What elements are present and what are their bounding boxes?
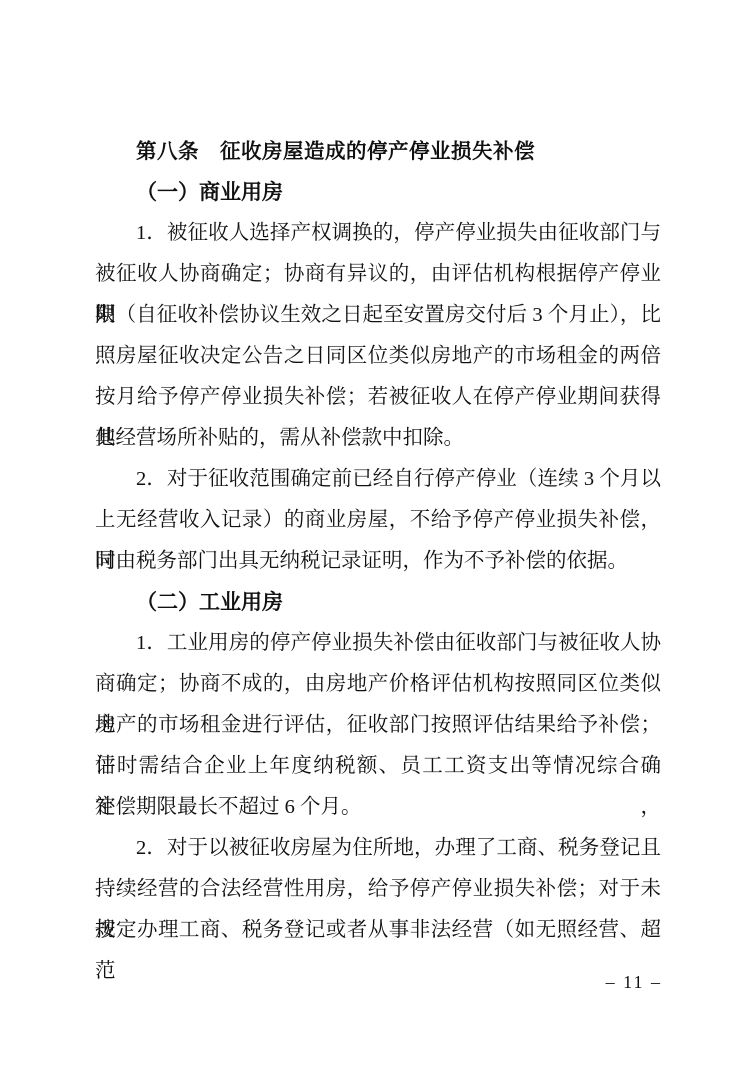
paragraph-line: 持续经营的合法经营性用房，给予停产停业损失补偿；对于未按 bbox=[95, 869, 661, 910]
paragraph-line: 他经营场所补贴的，需从补偿款中扣除。 bbox=[95, 418, 661, 459]
paragraph-line: 被征收人协商确定；协商有异议的，由评估机构根据停产停业期 bbox=[95, 254, 661, 295]
paragraph-line: 时由税务部门出具无纳税记录证明，作为不予补偿的依据。 bbox=[95, 541, 661, 582]
document-content: 第八条 征收房屋造成的停产停业损失补偿 （一）商业用房 1．被征收人选择产权调换… bbox=[95, 131, 661, 951]
section-2-title: （二）工业用房 bbox=[95, 582, 661, 623]
paragraph-line: 估时需结合企业上年度纳税额、员工工资支出等情况综合确定， bbox=[95, 746, 661, 787]
paragraph-line: 1．被征收人选择产权调换的，停产停业损失由征收部门与 bbox=[95, 213, 661, 254]
paragraph-line: 上无经营收入记录）的商业房屋，不给予停产停业损失补偿，同 bbox=[95, 500, 661, 541]
paragraph-line: 照房屋征收决定公告之日同区位类似房地产的市场租金的两倍 bbox=[95, 336, 661, 377]
paragraph-line: 商确定；协商不成的，由房地产价格评估机构按照同区位类似房 bbox=[95, 664, 661, 705]
page-number: – 11 – bbox=[606, 970, 662, 994]
paragraph-line: 按月给予停产停业损失补偿；若被征收人在停产停业期间获得其 bbox=[95, 377, 661, 418]
document-page: 第八条 征收房屋造成的停产停业损失补偿 （一）商业用房 1．被征收人选择产权调换… bbox=[0, 0, 753, 1066]
paragraph-line: 2．对于征收范围确定前已经自行停产停业（连续 3 个月以 bbox=[95, 459, 661, 500]
section-1-title: （一）商业用房 bbox=[95, 172, 661, 213]
paragraph-line: 限（自征收补偿协议生效之日起至安置房交付后 3 个月止），比 bbox=[95, 295, 661, 336]
article-heading: 第八条 征收房屋造成的停产停业损失补偿 bbox=[95, 131, 661, 172]
paragraph-line: 1．工业用房的停产停业损失补偿由征收部门与被征收人协 bbox=[95, 623, 661, 664]
paragraph-line: 地产的市场租金进行评估，征收部门按照评估结果给予补偿；评 bbox=[95, 705, 661, 746]
paragraph-line: 2．对于以被征收房屋为住所地，办理了工商、税务登记且 bbox=[95, 828, 661, 869]
paragraph-line: 规定办理工商、税务登记或者从事非法经营（如无照经营、超范 bbox=[95, 910, 661, 951]
